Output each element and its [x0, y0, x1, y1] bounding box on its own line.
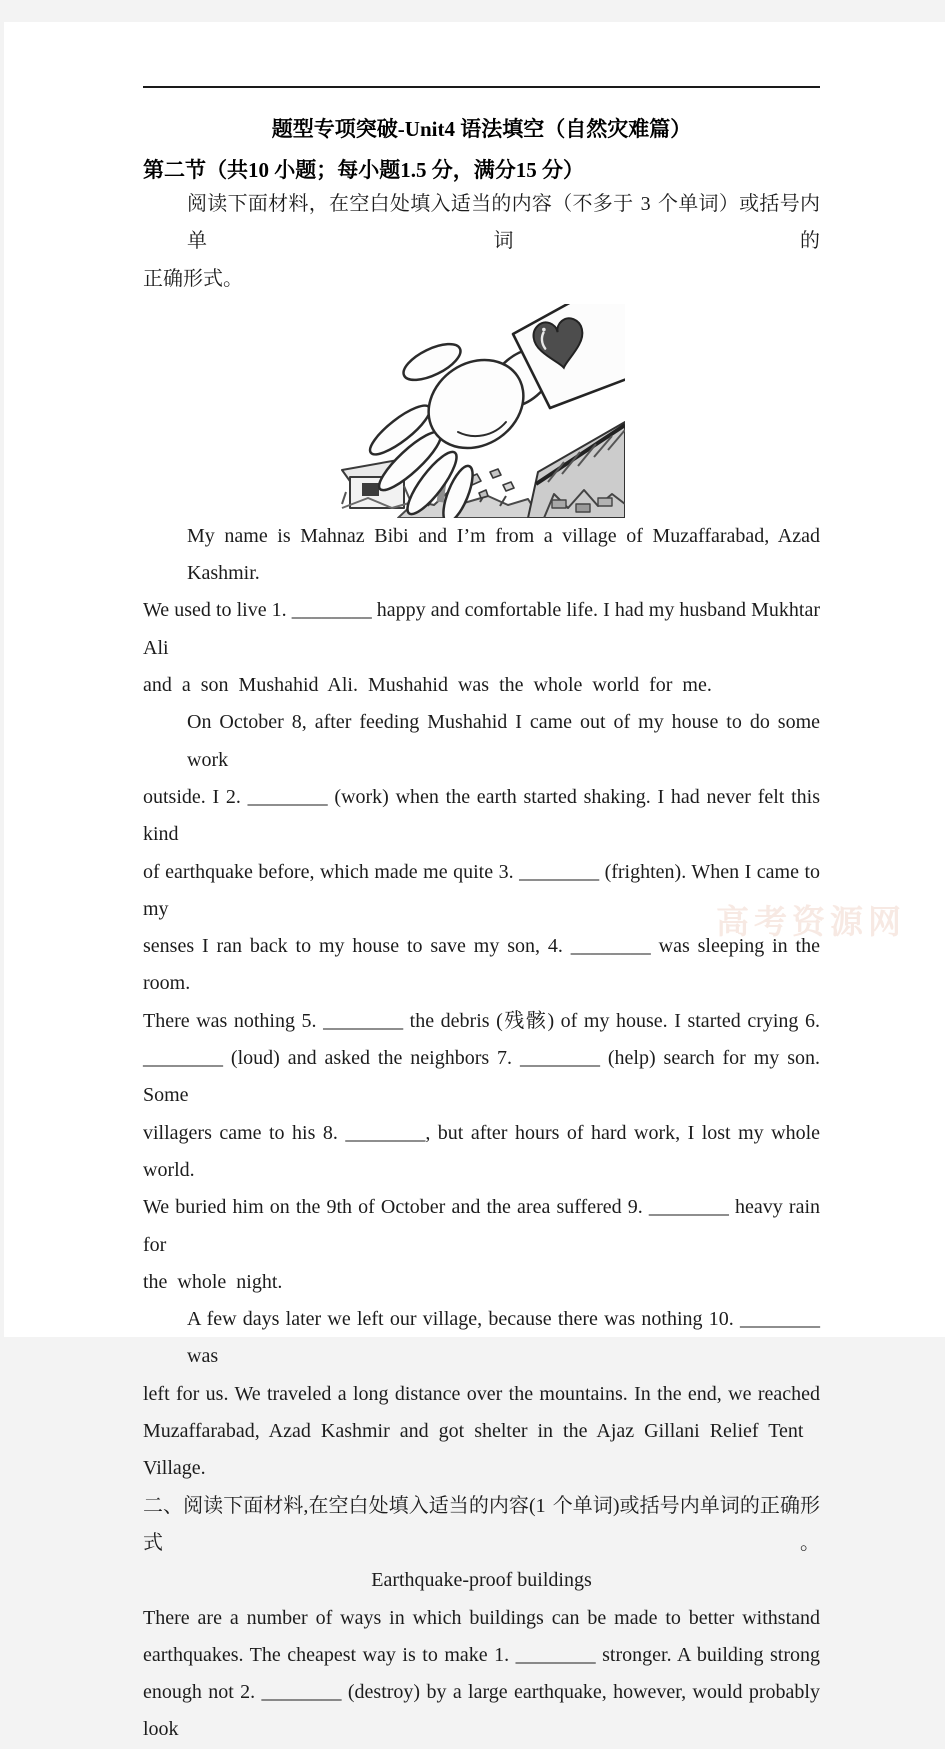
text-line: A few days later we left our village, be… [143, 1301, 820, 1337]
passage1-paragraph-3: A few days later we left our village, be… [143, 1301, 820, 1337]
text-line: On October 8, after feeding Mushahid I c… [143, 704, 820, 779]
section1-instruction: 阅读下面材料，在空白处填入适当的内容（不多于 3 个单词）或括号内单词的正确形式… [143, 186, 820, 298]
text-line: My name is Mahnaz Bibi and I’m from a vi… [143, 518, 820, 593]
document-content: 题型专项突破-Unit4 语法填空（自然灾难篇） 第二节（共10 小题；每小题1… [143, 86, 820, 1337]
text-line: We buried him on the 9th of October and … [143, 1189, 820, 1264]
text-line: outside. I 2. ________ (work) when the e… [143, 779, 820, 854]
passage1-paragraph-1: My name is Mahnaz Bibi and I’m from a vi… [143, 518, 820, 704]
text-line: villagers came to his 8. ________, but a… [143, 1115, 820, 1190]
text-line: ________ (loud) and asked the neighbors … [143, 1040, 820, 1115]
text-line: 阅读下面材料，在空白处填入适当的内容（不多于 3 个单词）或括号内单词的 [143, 186, 820, 261]
helping-hand-illustration [340, 304, 625, 518]
text-line: We used to live 1. ________ happy and co… [143, 592, 820, 667]
document-title: 题型专项突破-Unit4 语法填空（自然灾难篇） [143, 114, 820, 144]
site-watermark: 高考资源网 [716, 896, 926, 943]
text-line: and a son Mushahid Ali. Mushahid was the… [143, 667, 820, 704]
document-page: 题型专项突破-Unit4 语法填空（自然灾难篇） 第二节（共10 小题；每小题1… [4, 22, 945, 1337]
header-rule [143, 86, 820, 88]
text-line: the whole night. [143, 1264, 820, 1301]
text-line: There was nothing 5. ________ the debris… [143, 1003, 820, 1040]
passage1-paragraph-2: On October 8, after feeding Mushahid I c… [143, 704, 820, 1301]
helping-hand-svg [340, 304, 625, 518]
section1-heading: 第二节（共10 小题；每小题1.5 分，满分15 分） [143, 154, 820, 186]
text-line: 正确形式。 [143, 261, 820, 298]
